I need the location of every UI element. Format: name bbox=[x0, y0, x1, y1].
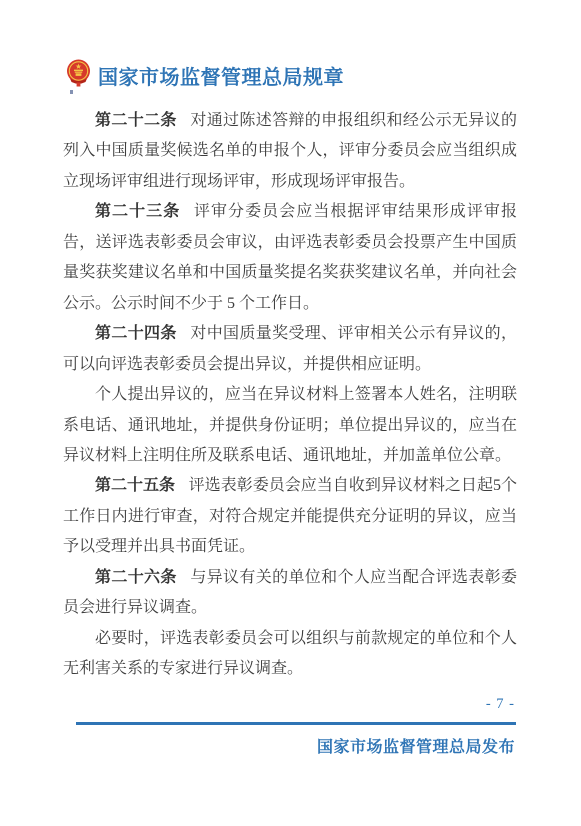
article-paragraph: 第二十六条与异议有关的单位和个人应当配合评选表彰委员会进行异议调查。 bbox=[63, 563, 517, 624]
document-header: 国家市场监督管理总局规章 bbox=[66, 58, 344, 92]
article-paragraph: 第二十五条评选表彰委员会应当自收到异议材料之日起5个工作日内进行审查，对符合规定… bbox=[63, 471, 517, 562]
article-number: 第二十六条 bbox=[95, 569, 177, 586]
article-text: 个人提出异议的，应当在异议材料上签署本人姓名，注明联系电话、通讯地址，并提供身份… bbox=[63, 386, 517, 464]
footer-publisher: 国家市场监督管理总局发布 bbox=[317, 734, 515, 757]
article-paragraph: 个人提出异议的，应当在异议材料上签署本人姓名，注明联系电话、通讯地址，并提供身份… bbox=[63, 380, 517, 471]
page-title: 国家市场监督管理总局规章 bbox=[98, 61, 344, 90]
article-paragraph: 第二十三条评审分委员会应当根据评审结果形成评审报告，送评选表彰委员会审议，由评选… bbox=[63, 197, 517, 319]
article-text: 必要时，评选表彰委员会可以组织与前款规定的单位和个人无利害关系的专家进行异议调查… bbox=[63, 630, 517, 677]
article-number: 第二十二条 bbox=[95, 112, 177, 129]
document-page: 国家市场监督管理总局规章 第二十二条对通过陈述答辩的申报组织和经公示无异议的列入… bbox=[0, 0, 581, 826]
article-paragraph: 第二十四条对中国质量奖受理、评审相关公示有异议的，可以向评选表彰委员会提出异议，… bbox=[63, 319, 517, 380]
china-national-emblem-icon bbox=[66, 58, 91, 92]
article-number: 第二十四条 bbox=[95, 325, 177, 342]
footer-divider bbox=[76, 722, 516, 725]
stray-dot bbox=[70, 90, 73, 94]
article-number: 第二十五条 bbox=[95, 477, 175, 494]
page-number: - 7 - bbox=[486, 696, 515, 713]
article-number: 第二十三条 bbox=[95, 203, 180, 220]
article-paragraph: 必要时，评选表彰委员会可以组织与前款规定的单位和个人无利害关系的专家进行异议调查… bbox=[63, 624, 517, 685]
document-body: 第二十二条对通过陈述答辩的申报组织和经公示无异议的列入中国质量奖候选名单的申报个… bbox=[63, 106, 517, 685]
article-paragraph: 第二十二条对通过陈述答辩的申报组织和经公示无异议的列入中国质量奖候选名单的申报个… bbox=[63, 106, 517, 197]
